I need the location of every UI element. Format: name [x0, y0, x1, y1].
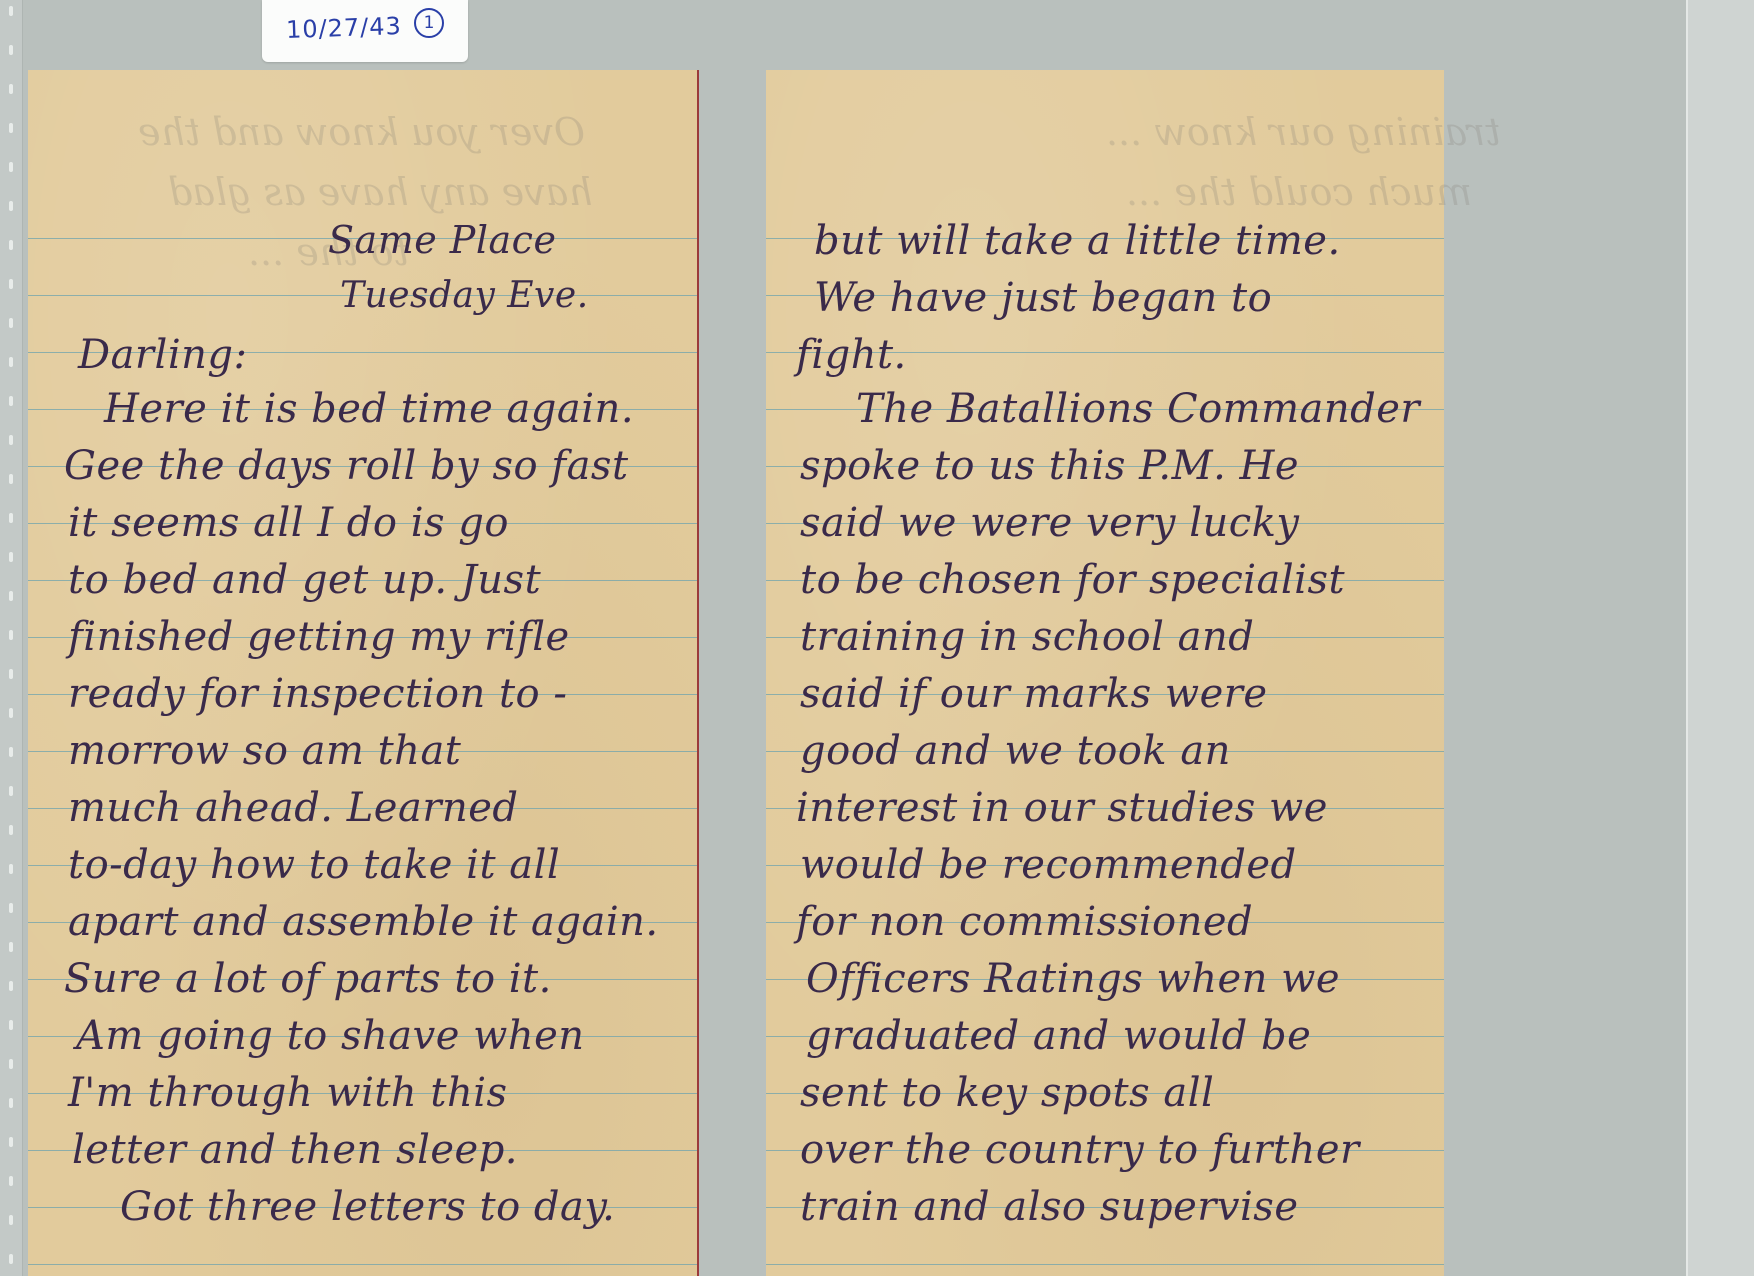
sleeve-perforation: [9, 1137, 13, 1147]
ruled-line: [766, 1264, 1444, 1265]
sleeve-perforation: [9, 591, 13, 601]
letter-line: Am going to shave when: [76, 1013, 585, 1059]
heading-place: Same Place: [328, 218, 556, 262]
bleed-through-text: much could the ...: [1126, 170, 1472, 214]
letter-line: said we were very lucky: [800, 500, 1300, 546]
sleeve-perforation: [9, 1176, 13, 1186]
letter-line: but will take a little time.: [814, 218, 1341, 264]
archive-label: 10/27/43 1: [262, 0, 468, 62]
letter-line: much ahead. Learned: [68, 785, 518, 831]
letter-line: finished getting my rifle: [68, 614, 570, 660]
letter-line: apart and assemble it again.: [68, 899, 659, 945]
letter-line: graduated and would be: [806, 1013, 1311, 1059]
sleeve-perforation: [9, 552, 13, 562]
letter-page-right: training our know ... much could the ...…: [766, 70, 1444, 1276]
letter-line: said if our marks were: [800, 671, 1268, 717]
sleeve-perforation: [9, 474, 13, 484]
letter-line: to-day how to take it all: [68, 842, 560, 888]
sleeve-perforation: [9, 435, 13, 445]
sleeve-perforation: [9, 357, 13, 367]
letter-line: Sure a lot of parts to it.: [64, 956, 552, 1002]
sleeve-perforation: [9, 1254, 13, 1264]
letter-line: training in school and: [800, 614, 1254, 660]
letter-line: Here it is bed time again.: [104, 386, 634, 432]
sleeve-perforation: [9, 240, 13, 250]
sleeve-perforation: [9, 942, 13, 952]
letter-line: We have just began to: [814, 275, 1272, 321]
sleeve-perforation: [9, 630, 13, 640]
letter-line: fight.: [796, 332, 907, 378]
letter-line: to be chosen for specialist: [800, 557, 1345, 603]
sleeve-perforation: [9, 825, 13, 835]
sleeve-perforation: [9, 708, 13, 718]
sleeve-perforation: [9, 747, 13, 757]
sleeve-right-margin: [1686, 0, 1754, 1276]
sleeve-perforation: [9, 1059, 13, 1069]
letter-line: I'm through with this: [68, 1070, 508, 1116]
letter-line: over the country to further: [800, 1127, 1360, 1173]
sleeve-perforation: [9, 123, 13, 133]
letter-line: ready for inspection to -: [68, 671, 567, 717]
sleeve-perforation: [9, 513, 13, 523]
letter-line: spoke to us this P.M. He: [800, 443, 1299, 489]
sleeve-perforation: [9, 981, 13, 991]
letter-line: Gee the days roll by so fast: [64, 443, 629, 489]
sleeve-perforation: [9, 1215, 13, 1225]
sleeve-perforation: [9, 864, 13, 874]
sleeve-perforation: [9, 1098, 13, 1108]
label-page-number: 1: [414, 8, 444, 38]
sleeve-perforation: [9, 45, 13, 55]
sleeve-perforation: [9, 6, 13, 16]
letter-line: it seems all I do is go: [68, 500, 509, 546]
sleeve-perforation: [9, 279, 13, 289]
bleed-through-text: training our know ...: [1106, 110, 1501, 154]
label-date: 10/27/43: [286, 12, 403, 44]
bleed-through-text: Over you know and the: [138, 110, 585, 154]
letter-line: train and also supervise: [800, 1184, 1298, 1230]
sleeve-perforation: [9, 786, 13, 796]
letter-line: Got three letters to day.: [120, 1184, 615, 1230]
letter-line: morrow so am that: [68, 728, 461, 774]
letter-line: good and we took an: [800, 728, 1231, 774]
letter-line: The Batallions Commander: [856, 386, 1420, 432]
sleeve-binding-edge: [0, 0, 23, 1276]
ruled-line: [28, 1264, 697, 1265]
letter-line: sent to key spots all: [800, 1070, 1214, 1116]
letter-line: for non commissioned: [796, 899, 1253, 945]
sleeve-perforation: [9, 396, 13, 406]
sleeve-perforation: [9, 318, 13, 328]
heading-day: Tuesday Eve.: [340, 275, 589, 316]
sleeve-perforation: [9, 1020, 13, 1030]
letter-line: to bed and get up. Just: [68, 557, 541, 603]
letter-line: would be recommended: [800, 842, 1297, 888]
bleed-through-text: have any have as glad: [168, 170, 593, 214]
sleeve-perforation: [9, 201, 13, 211]
sleeve-perforation: [9, 84, 13, 94]
sleeve-perforation: [9, 162, 13, 172]
letter-line: Officers Ratings when we: [806, 956, 1340, 1002]
letter-line: letter and then sleep.: [72, 1127, 518, 1173]
sleeve-perforation: [9, 669, 13, 679]
salutation: Darling:: [78, 332, 247, 378]
letter-page-left: Over you know and the have any have as g…: [28, 70, 699, 1276]
letter-line: interest in our studies we: [796, 785, 1328, 831]
sleeve-perforation: [9, 903, 13, 913]
